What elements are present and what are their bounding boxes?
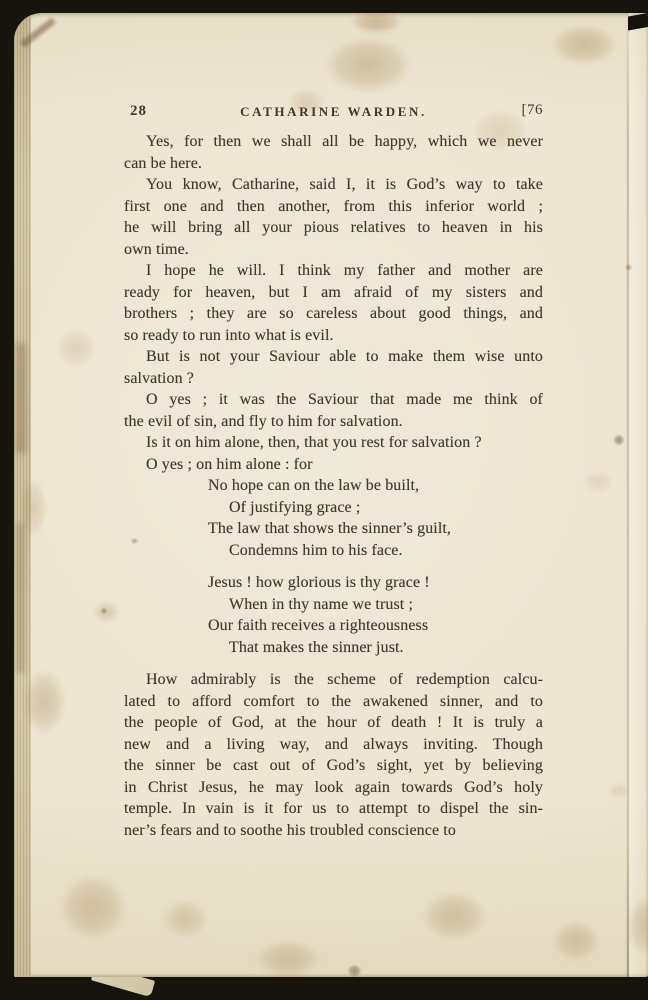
text-line: lated to afford comfort to the awakened … bbox=[124, 691, 543, 713]
text-line: Condemns him to his face. bbox=[208, 540, 543, 562]
text-line: own time. bbox=[124, 239, 543, 261]
text-line: new and a living way, and always invitin… bbox=[124, 734, 543, 756]
text-line: in Christ Jesus, he may look again towar… bbox=[124, 777, 543, 799]
edge-smudge bbox=[16, 343, 26, 453]
paragraph: How admirably is the scheme of redemptio… bbox=[124, 669, 543, 841]
paragraph: I hope he will. I think my father and mo… bbox=[124, 260, 543, 346]
running-head: 28 CATHARINE WARDEN. [76 bbox=[124, 103, 543, 123]
paragraph: You know, Catharine, said I, it is God’s… bbox=[124, 174, 543, 260]
text-line: ner’s fears and to soothe his troubled c… bbox=[124, 820, 543, 842]
text-line: he will bring all your pious relatives t… bbox=[124, 217, 543, 239]
folio-number: [76 bbox=[522, 102, 544, 119]
book-scan: 28 CATHARINE WARDEN. [76 Yes, for then w… bbox=[0, 0, 648, 1000]
foxing-stain bbox=[16, 661, 72, 743]
text-blocks: Yes, for then we shall all be happy, whi… bbox=[124, 131, 543, 841]
verse-stanza: Jesus ! how glorious is thy grace !When … bbox=[208, 572, 543, 658]
text-line: You know, Catharine, said I, it is God’s… bbox=[124, 174, 543, 196]
foxing-stain bbox=[606, 781, 632, 801]
text-line: salvation ? bbox=[124, 368, 543, 390]
text-line: No hope can on the law be built, bbox=[208, 475, 543, 497]
foxing-stain bbox=[580, 469, 616, 495]
text-line: But is not your Saviour able to make the… bbox=[124, 346, 543, 368]
text-line: the evil of sin, and fly to him for salv… bbox=[124, 411, 543, 433]
paragraph: Is it on him alone, then, that you rest … bbox=[124, 432, 543, 454]
foxing-stain bbox=[52, 325, 100, 371]
text-line: The law that shows the sinner’s guilt, bbox=[208, 518, 543, 540]
text-column: 28 CATHARINE WARDEN. [76 Yes, for then w… bbox=[124, 13, 543, 977]
text-line: Of justifying grace ; bbox=[208, 497, 543, 519]
text-line: first one and then another, from this in… bbox=[124, 196, 543, 218]
text-line: the people of God, at the hour of death … bbox=[124, 712, 543, 734]
paragraph: O yes ; it was the Saviour that made me … bbox=[124, 389, 543, 432]
running-title: CATHARINE WARDEN. bbox=[124, 104, 543, 120]
text-line: Jesus ! how glorious is thy grace ! bbox=[208, 572, 543, 594]
verse-stanza: No hope can on the law be built,Of justi… bbox=[208, 475, 543, 561]
text-line: Yes, for then we shall all be happy, whi… bbox=[124, 131, 543, 153]
text-line: I hope he will. I think my father and mo… bbox=[124, 260, 543, 282]
gutter-paper-sliver bbox=[629, 13, 648, 977]
text-line: When in thy name we trust ; bbox=[208, 594, 543, 616]
paragraph: Yes, for then we shall all be happy, whi… bbox=[124, 131, 543, 174]
text-line: Is it on him alone, then, that you rest … bbox=[124, 432, 543, 454]
paragraph: But is not your Saviour able to make the… bbox=[124, 346, 543, 389]
edge-smudge bbox=[16, 523, 25, 673]
foxing-stain bbox=[542, 19, 626, 71]
ink-speck bbox=[100, 607, 108, 615]
text-line: ready for heaven, but I am afraid of my … bbox=[124, 282, 543, 304]
text-line: so ready to run into what is evil. bbox=[124, 325, 543, 347]
book-page: 28 CATHARINE WARDEN. [76 Yes, for then w… bbox=[14, 13, 648, 977]
paragraph: O yes ; on him alone : for bbox=[124, 454, 543, 476]
text-line: Our faith receives a righteousness bbox=[208, 615, 543, 637]
text-line: the sinner be cast out of God’s sight, y… bbox=[124, 755, 543, 777]
text-line: O yes ; it was the Saviour that made me … bbox=[124, 389, 543, 411]
ink-speck bbox=[612, 433, 626, 447]
foxing-stain bbox=[546, 915, 606, 967]
text-line: How admirably is the scheme of redemptio… bbox=[124, 669, 543, 691]
text-line: That makes the sinner just. bbox=[208, 637, 543, 659]
text-line: can be here. bbox=[124, 153, 543, 175]
text-line: temple. In vain is it for us to attempt … bbox=[124, 798, 543, 820]
foxing-stain bbox=[16, 471, 50, 545]
text-line: O yes ; on him alone : for bbox=[124, 454, 543, 476]
text-line: brothers ; they are so careless about go… bbox=[124, 303, 543, 325]
ink-speck bbox=[624, 263, 633, 272]
